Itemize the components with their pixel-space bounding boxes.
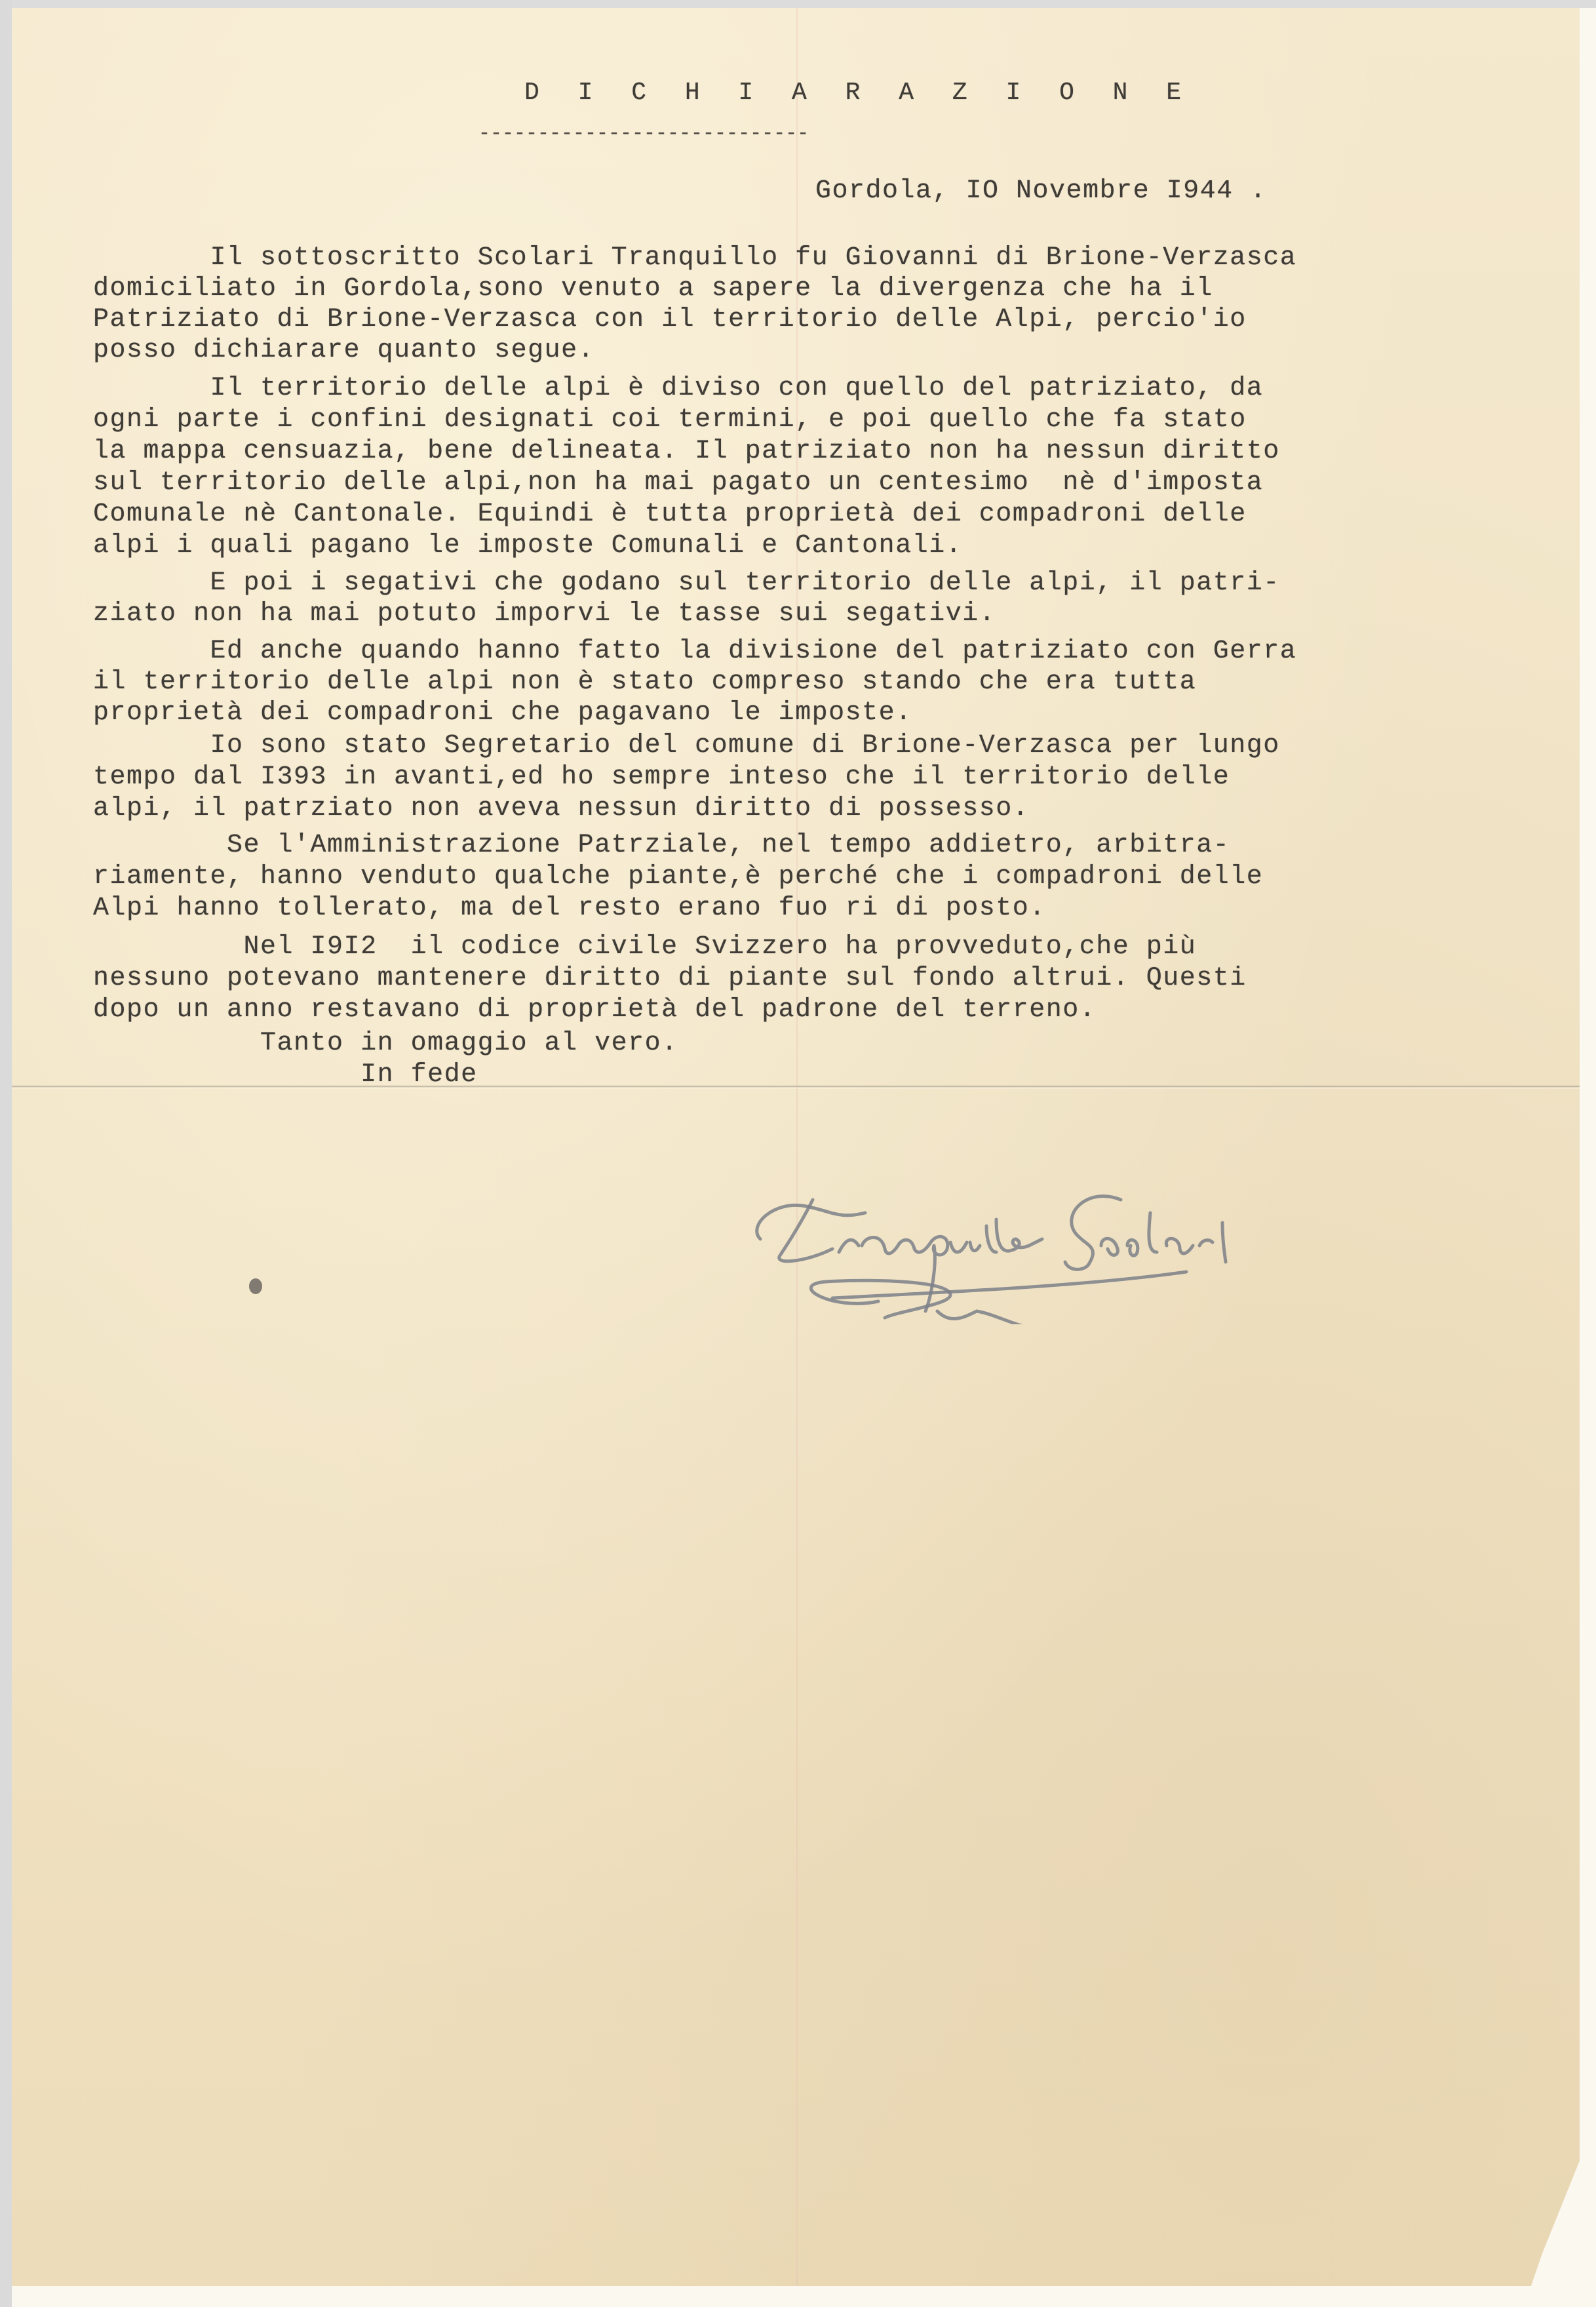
body-line: domiciliato in Gordola,sono venuto a sap… [93,276,1213,302]
body-line: la mappa censuazia, bene delineata. Il p… [93,439,1280,465]
body-line: posso dichiarare quanto segue. [93,338,594,364]
body-line: nessuno potevano mantenere diritto di pi… [93,966,1247,992]
body-line: ogni parte i confini designati coi termi… [93,407,1247,433]
body-line: Io sono stato Segretario del comune di B… [93,733,1280,759]
scan-border-top [0,0,1596,8]
body-line: Il sottoscritto Scolari Tranquillo fu Gi… [93,245,1296,271]
body-line: Il territorio delle alpi è diviso con qu… [93,376,1263,402]
body-line: sul territorio delle alpi,non ha mai pag… [93,470,1263,496]
date-line: Gordola, IO Novembre I944 . [815,178,1267,205]
ink-spot [249,1278,262,1294]
body-line: Se l'Amministrazione Patrziale, nel temp… [93,833,1230,859]
body-line: Patriziato di Brione-Verzasca con il ter… [93,307,1247,333]
body-line: ziato non ha mai potuto imporvi le tasse… [93,601,996,627]
body-line: alpi, il patrziato non aveva nessun diri… [93,796,1029,822]
document-title: D I C H I A R A Z I O N E [524,80,1193,106]
body-line: il territorio delle alpi non è stato com… [93,669,1196,696]
body-line: In fede [93,1062,478,1088]
body-line: Ed anche quando hanno fatto la divisione… [93,639,1296,665]
scan-border-left [0,0,12,2307]
body-line: dopo un anno restavano di proprietà del … [93,997,1096,1023]
body-line: Alpi hanno tollerato, ma del resto erano… [93,896,1046,922]
body-line: proprietà dei compadroni che pagavano le… [93,700,912,726]
body-line: Tanto in omaggio al vero. [93,1031,678,1057]
body-line: riamente, hanno venduto qualche piante,è… [93,864,1263,890]
body-line: Comunale nè Cantonale. Equindi è tutta p… [93,502,1247,528]
handwritten-signature: Tranquillo Scolari [734,1114,1390,1324]
body-line: tempo dal I393 in avanti,ed ho sempre in… [93,764,1230,791]
body-line: alpi i quali pagano le imposte Comunali … [93,533,962,559]
body-line: E poi i segativi che godano sul territor… [93,570,1280,597]
body-line: Nel I9I2 il codice civile Svizzero ha pr… [93,934,1196,960]
title-underline: ---------------------------- [478,121,809,147]
